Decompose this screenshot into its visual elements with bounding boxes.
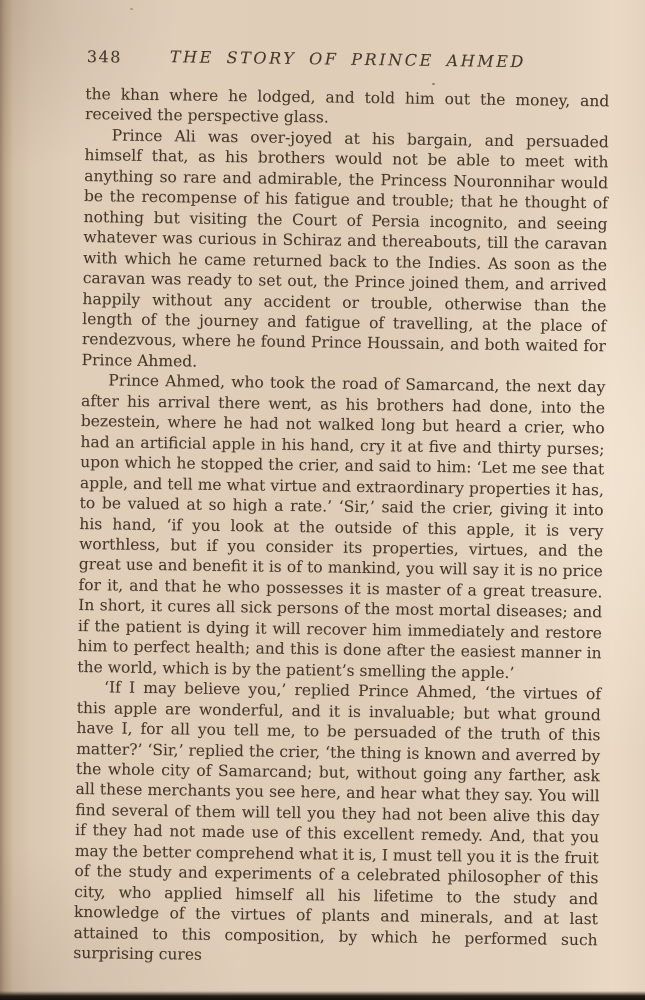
running-title: THE STORY OF PRINCE AHMED (86, 46, 610, 74)
paragraph: Prince Ali was over-joyed at his bargain… (81, 125, 608, 378)
paragraph: ‘If I may believe you,’ replied Prince A… (73, 677, 601, 971)
scanned-book-page: 348 THE STORY OF PRINCE AHMED the khan w… (0, 0, 645, 1000)
page-number: 348 (87, 47, 122, 68)
print-speck (130, 8, 133, 10)
print-speck (432, 83, 435, 85)
print-speck (299, 401, 302, 404)
paragraph: Prince Ahmed, who took the road of Samar… (77, 370, 605, 684)
paragraph-continuation: the khan where he lodged, and told him o… (85, 84, 610, 132)
scan-bottom-edge (0, 991, 645, 1000)
printed-text-block: 348 THE STORY OF PRINCE AHMED the khan w… (73, 46, 610, 971)
page-header: 348 THE STORY OF PRINCE AHMED (86, 46, 610, 75)
print-speck (489, 651, 493, 654)
